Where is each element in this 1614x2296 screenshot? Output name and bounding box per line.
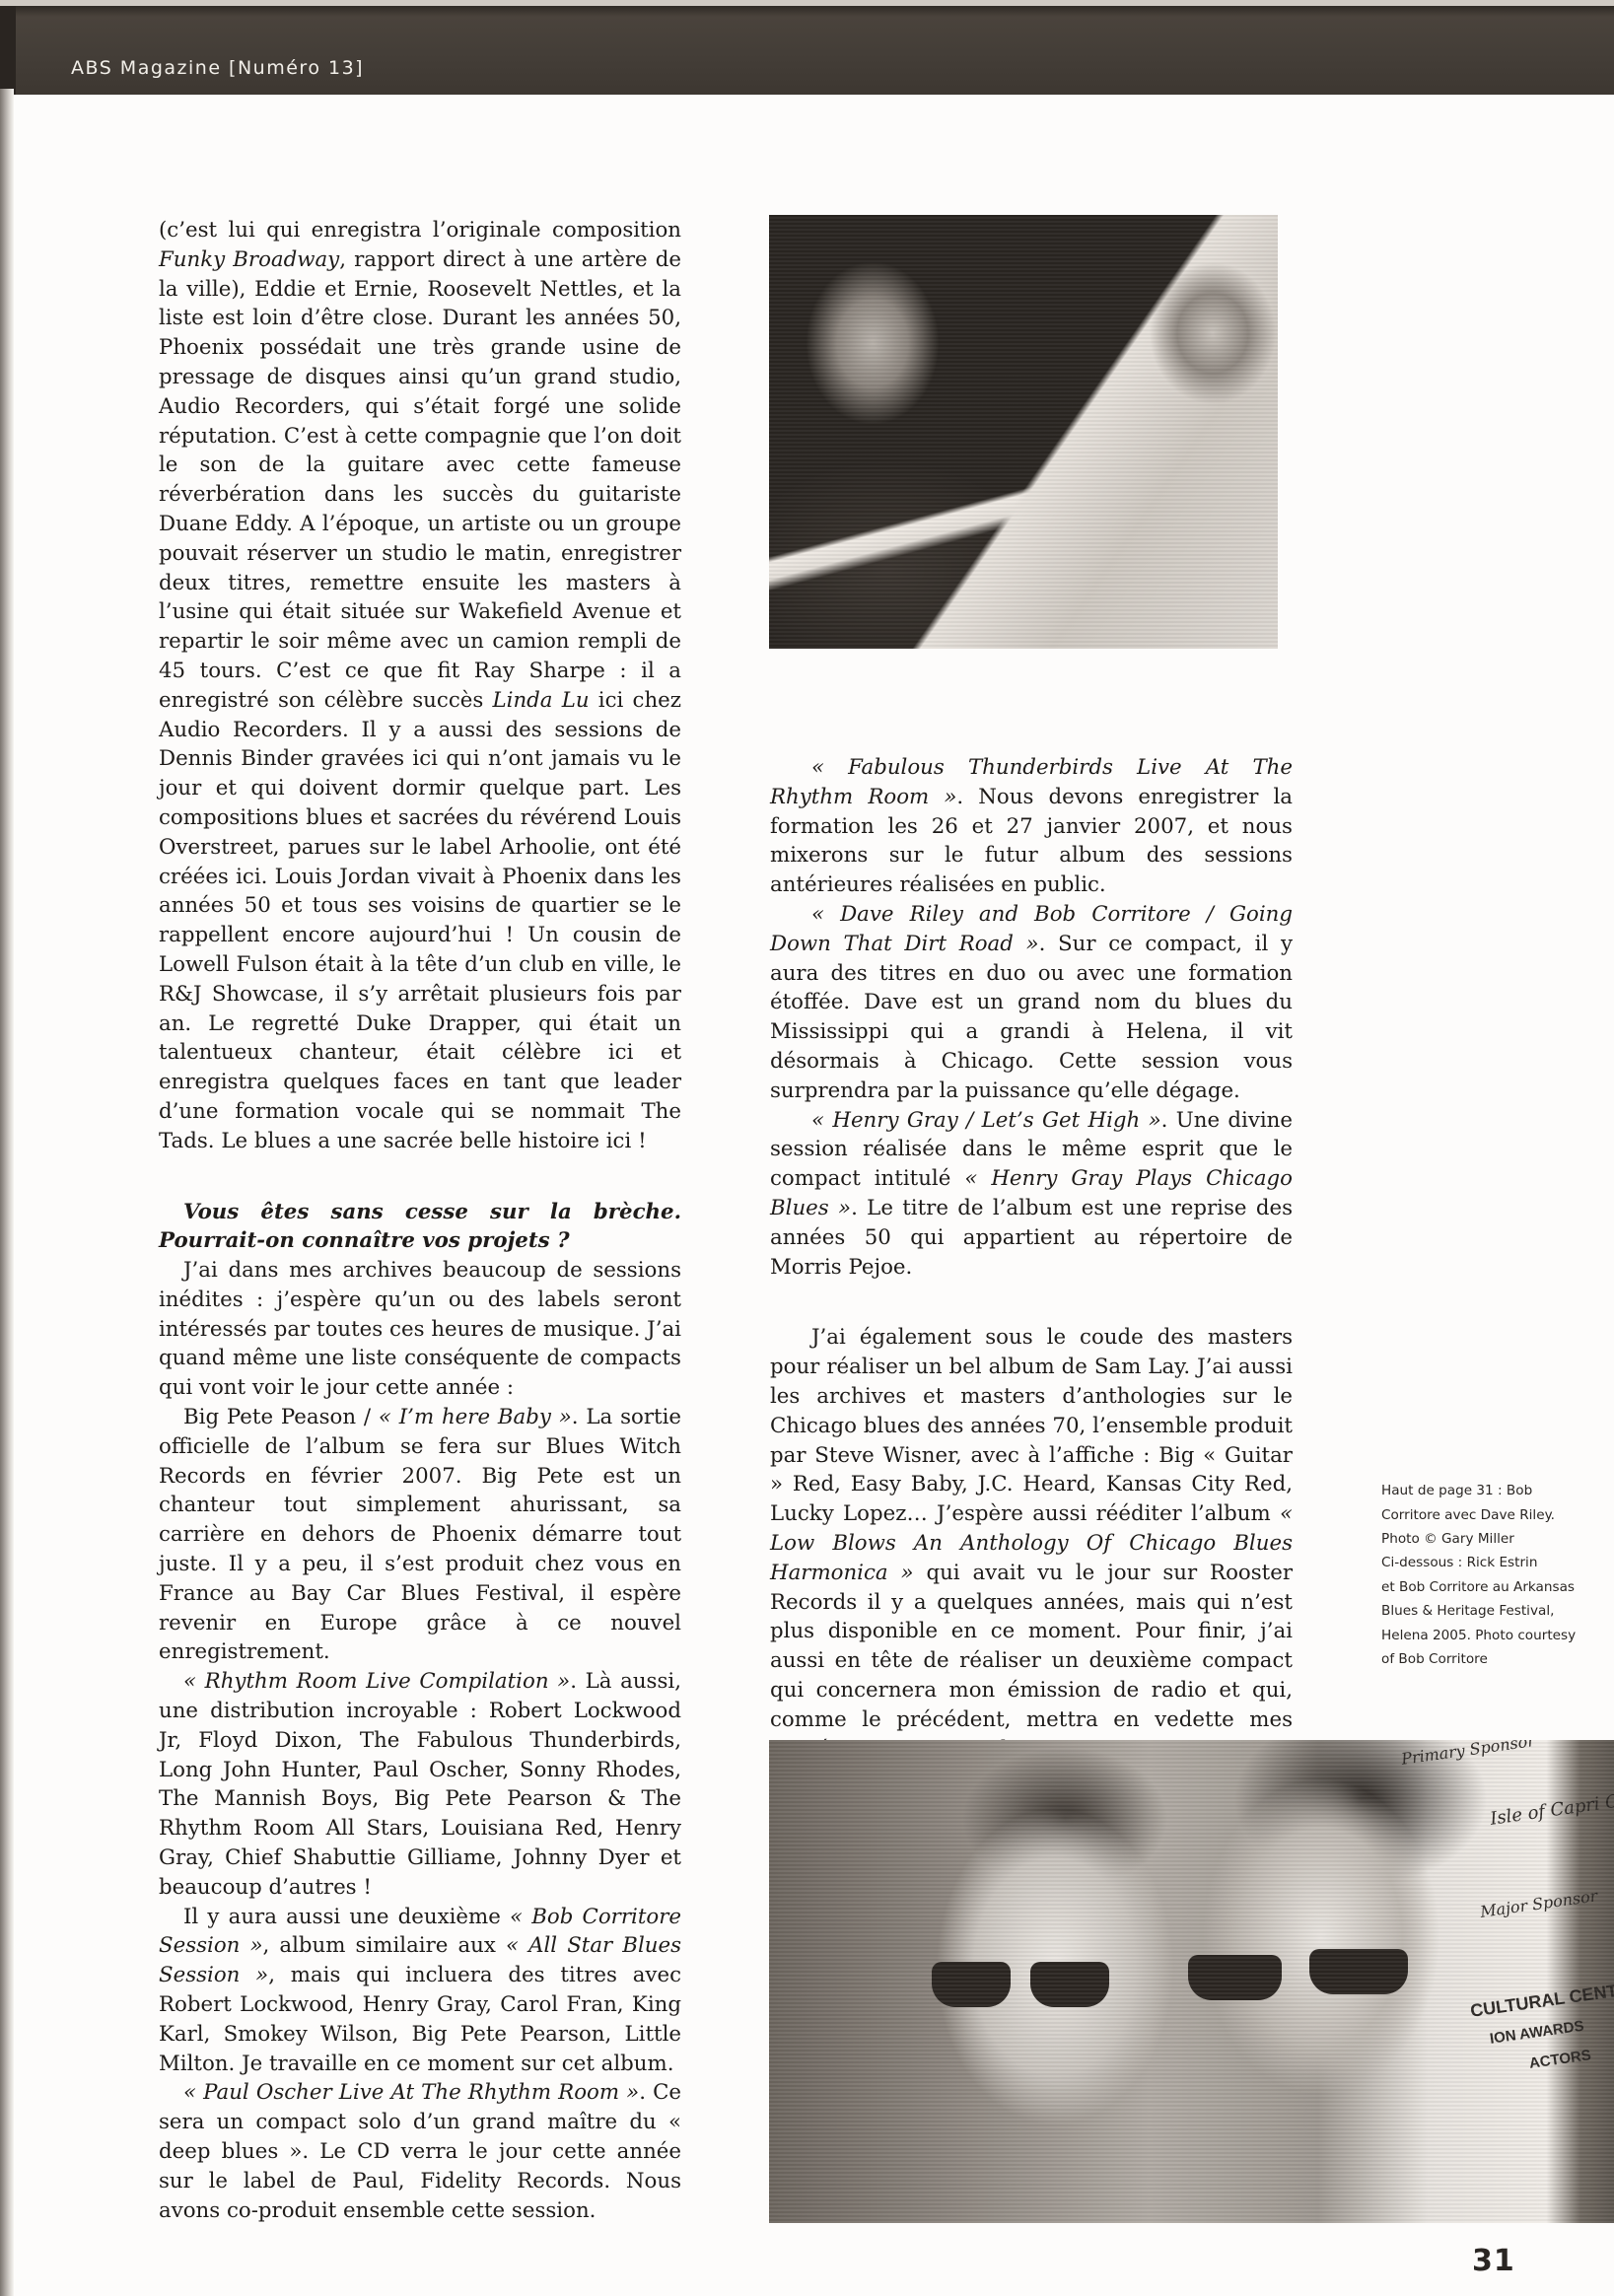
magazine-title: ABS Magazine [Numéro 13] xyxy=(71,57,364,79)
paragraph: « Henry Gray / Let’s Get High ». Une div… xyxy=(770,1106,1293,1283)
photo-estrin-corritore: Primary Sponsor Isle of Capri Casino Maj… xyxy=(769,1740,1614,2223)
paragraph: J’ai dans mes archives beaucoup de sessi… xyxy=(159,1256,681,1403)
page-header-bar: ABS Magazine [Numéro 13] xyxy=(0,0,1614,95)
paragraph: Il y aura aussi une deuxième « Bob Corri… xyxy=(159,1903,681,2079)
paragraph: Big Pete Peason / « I’m here Baby ». La … xyxy=(159,1403,681,1667)
article-column-left: (c’est lui qui enregistra l’originale co… xyxy=(159,216,681,2225)
paragraph: (c’est lui qui enregistra l’originale co… xyxy=(159,216,681,1156)
photo-caption-top: Haut de page 31 : Bob Corritore avec Dav… xyxy=(1381,1479,1608,1552)
photo-texture xyxy=(769,215,1278,649)
photo-corritore-riley xyxy=(769,215,1278,649)
photo-caption-bottom: Ci-dessous : Rick Estrin et Bob Corritor… xyxy=(1381,1551,1608,1672)
paragraph: « Paul Oscher Live At The Rhythm Room ».… xyxy=(159,2078,681,2225)
article-column-right: « Fabulous Thunderbirds Live At The Rhyt… xyxy=(770,753,1293,1764)
paragraph: « Fabulous Thunderbirds Live At The Rhyt… xyxy=(770,753,1293,900)
paragraph: « Rhythm Room Live Compilation ». Là aus… xyxy=(159,1667,681,1902)
photo-texture xyxy=(769,1740,1614,2223)
interview-question: Vous êtes sans cesse sur la brèche. Pour… xyxy=(159,1198,681,1257)
page-number: 31 xyxy=(1472,2244,1515,2278)
paragraph: J’ai également sous le coude des masters… xyxy=(770,1323,1293,1764)
page-binding-edge xyxy=(0,89,14,2296)
paragraph: « Dave Riley and Bob Corritore / Going D… xyxy=(770,900,1293,1106)
